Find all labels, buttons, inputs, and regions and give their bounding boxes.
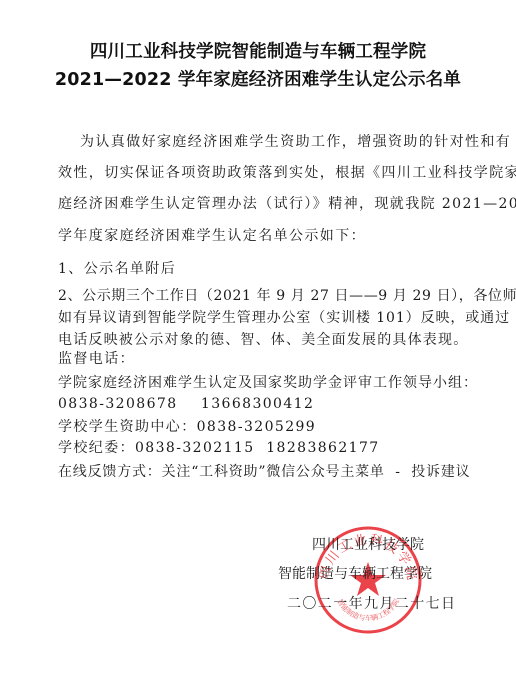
intro-line-3: 庭经济困难学生认定管理办法（试行）》精神，现就我院 2021—2022	[58, 193, 516, 213]
online-feedback: 在线反馈方式：关注“工科资助”微信公众号主菜单 - 投诉建议	[58, 461, 470, 481]
signature-date: 二〇二一年九月二十七日	[287, 593, 456, 613]
document-title-line2: 2021—2022 学年家庭经济困难学生认定公示名单	[0, 66, 516, 91]
signature-school: 四川工业科技学院	[312, 534, 424, 554]
signature-college: 智能制造与车辆工程学院	[278, 563, 432, 583]
supervision-label: 监督电话：	[58, 348, 135, 368]
document-title-line1: 四川工业科技学院智能制造与车辆工程学院	[0, 38, 516, 63]
leadership-group: 学院家庭经济困难学生认定及国家奖助学金评审工作领导小组：	[58, 372, 478, 392]
item-2-line-2: 如有异议请到智能学院学生管理办公室（实训楼 101）反映，或通过	[58, 307, 510, 327]
aid-center: 学校学生资助中心：0838-3205299	[58, 416, 316, 436]
item-2-line-3: 电话反映被公示对象的德、智、体、美全面发展的具体表现。	[58, 329, 468, 349]
item-1: 1、公示名单附后	[58, 258, 176, 278]
intro-line-2: 效性，切实保证各项资助政策落到实处，根据《四川工业科技学院家	[58, 162, 516, 182]
intro-line-1: 为认真做好家庭经济困难学生资助工作，增强资助的针对性和有	[80, 131, 511, 151]
intro-line-4: 学年度家庭经济困难学生认定名单公示如下：	[58, 225, 366, 245]
item-2-line-1: 2、公示期三个工作日（2021 年 9 月 27 日——9 月 29 日），各位…	[58, 285, 516, 305]
discipline-committee: 学校纪委：0838-3202115 18283862177	[58, 437, 380, 457]
leadership-phones: 0838-3208678 13668300412	[58, 396, 314, 412]
